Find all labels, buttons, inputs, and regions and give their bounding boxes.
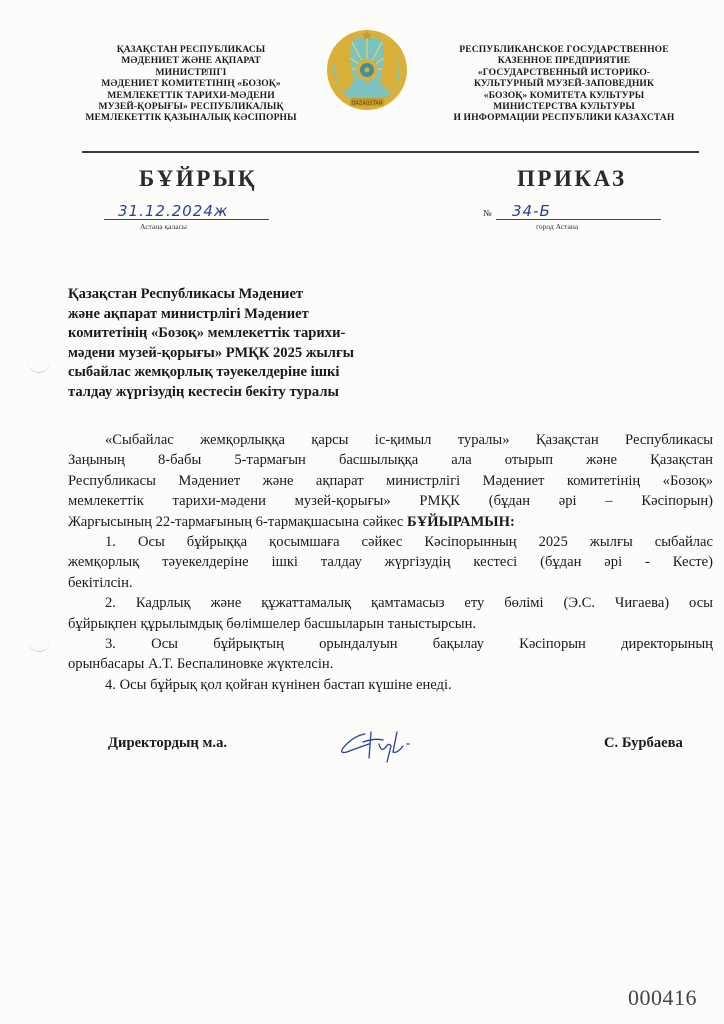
header-line: «ГОСУДАРСТВЕННЫЙ ИСТОРИКО- (432, 67, 696, 78)
header-line: ҚАЗАҚСТАН РЕСПУБЛИКАСЫ (76, 44, 306, 55)
signatory-title: Директордың м.а. (108, 735, 227, 752)
punch-hole-mark (28, 362, 50, 373)
signatory-name: С. Бурбаева (604, 735, 683, 752)
item-1-line: жемқорлық тәуекелдеріне ішкі талдау жүрг… (68, 552, 713, 572)
subject-line: комитетінің «Бозоқ» мемлекеттік тарихи- (68, 324, 408, 344)
page-number: 000416 (628, 985, 697, 1011)
preamble-final-line: Жарғысының 22-тармағының 6-тармақшасына … (68, 512, 713, 532)
header-line: МИНИСТЕРСТВА КУЛЬТУРЫ (432, 101, 696, 112)
item-2-line: бұйрықпен құрылымдық бөлімшелер басшылар… (68, 614, 713, 634)
punch-hole-mark (28, 641, 50, 652)
item-3-line: 3. Осы бұйрықтың орындалуын бақылау Кәсі… (68, 634, 713, 654)
item-1-line: 1. Осы бұйрыққа қосымшаға сәйкес Кәсіпор… (68, 532, 713, 552)
subject-line: мәдени музей-қорығы» РМҚК 2025 жылғы (68, 344, 408, 364)
header-line: КУЛЬТУРНЫЙ МУЗЕЙ-ЗАПОВЕДНИК (432, 78, 696, 89)
header-kazakh-organization: ҚАЗАҚСТАН РЕСПУБЛИКАСЫ МӘДЕНИЕТ ЖӘНЕ АҚП… (76, 44, 306, 124)
city-label-russian: город Астана (536, 222, 578, 231)
header-divider (82, 151, 699, 153)
preamble-line: мемлекеттік тарихи-мәдени музей-қорығы» … (68, 491, 713, 511)
preamble-line-text: Жарғысының 22-тармағының 6-тармақшасына … (68, 514, 403, 530)
order-subject: Қазақстан Республикасы Мәдениет және ақп… (68, 285, 408, 403)
header-line: РЕСПУБЛИКАНСКОЕ ГОСУДАРСТВЕННОЕ (432, 44, 696, 55)
item-1-line: бекітілсін. (68, 573, 713, 593)
preamble-line: Республикасы Мәдениет және ақпарат минис… (68, 471, 713, 491)
header-line: МӘДЕНИЕТ ЖӘНЕ АҚПАРАТ (76, 55, 306, 66)
date-underline (104, 219, 269, 220)
header-line: МЕМЛЕКЕТТІК ТАРИХИ-МӘДЕНИ (76, 90, 306, 101)
header-line: И ИНФОРМАЦИИ РЕСПУБЛИКИ КАЗАХСТАН (432, 112, 696, 123)
city-label-kazakh: Астана қаласы (140, 222, 187, 231)
item-3-line: орынбасары А.Т. Беспалиновке жүктелсін. (68, 654, 713, 674)
order-body: «Сыбайлас жемқорлыққа қарсы іс-қимыл тур… (68, 430, 713, 695)
number-label: № (483, 208, 492, 218)
header-line: КАЗЕННОЕ ПРЕДПРИЯТИЕ (432, 55, 696, 66)
subject-line: Қазақстан Республикасы Мәдениет (68, 285, 408, 305)
header-line: МЕМЛЕКЕТТІК ҚАЗЫНАЛЫҚ КӘСІПОРНЫ (76, 112, 306, 123)
subject-line: және ақпарат министрлігі Мәдениет (68, 305, 408, 325)
header-russian-organization: РЕСПУБЛИКАНСКОЕ ГОСУДАРСТВЕННОЕ КАЗЕННОЕ… (432, 44, 696, 124)
subject-line: сыбайлас жемқорлық тәуекелдеріне ішкі (68, 363, 408, 383)
subject-line: талдау жүргізудің кестесін бекіту туралы (68, 383, 408, 403)
header-line: МӘДЕНИЕТ КОМИТЕТІНІҢ «БОЗОҚ» (76, 78, 306, 89)
decree-word: БҰЙЫРАМЫН: (407, 514, 515, 530)
svg-text:QAZAQSTAN: QAZAQSTAN (351, 101, 382, 107)
document-title-russian: ПРИКАЗ (517, 166, 627, 192)
item-4-line: 4. Осы бұйрық қол қойған күнінен бастап … (68, 675, 713, 695)
header-line: «БОЗОҚ» КОМИТЕТА КУЛЬТУРЫ (432, 90, 696, 101)
header-line: МУЗЕЙ-ҚОРЫҒЫ» РЕСПУБЛИКАЛЫҚ (76, 101, 306, 112)
preamble-line: Заңының 8-бабы 5-тармағын басшылыққа ала… (68, 450, 713, 470)
header-line: МИНИСТРЛІГІ (76, 67, 306, 78)
handwritten-date: 31.12.2024ж (118, 202, 228, 220)
handwritten-signature-icon (335, 722, 455, 768)
document-title-kazakh: БҰЙРЫҚ (139, 166, 257, 192)
number-underline (496, 219, 661, 220)
preamble-line: «Сыбайлас жемқорлыққа қарсы іс-қимыл тур… (68, 430, 713, 450)
state-emblem-icon: QAZAQSTAN (322, 18, 412, 120)
handwritten-order-number: 34-Б (512, 202, 551, 220)
item-2-line: 2. Кадрлық және құжаттамалық қамтамасыз … (68, 593, 713, 613)
